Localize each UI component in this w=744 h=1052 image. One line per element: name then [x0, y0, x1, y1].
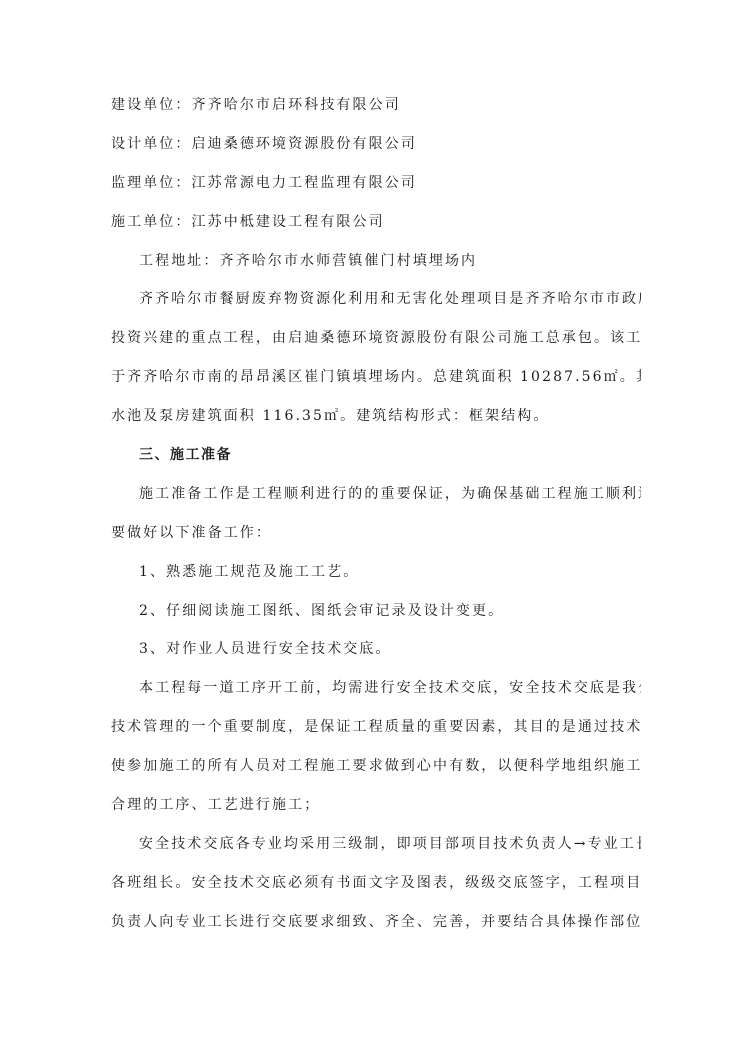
levels-line: 负责人向专业工长进行交底要求细致、齐全、完善，并要结合具体操作部位、关 — [111, 908, 641, 947]
separator: ： — [175, 136, 191, 152]
unit-label: 建设单位 — [111, 97, 175, 113]
unit-value: 江苏中柢建设工程有限公司 — [192, 214, 385, 230]
unit-value: 齐齐哈尔市启环科技有限公司 — [192, 97, 401, 113]
levels-line: 各班组长。安全技术交底必须有书面文字及图表，级级交底签字，工程项目技术 — [111, 869, 641, 908]
prep-item: 3、对作业人员进行安全技术交底。 — [111, 635, 641, 674]
unit-supervision: 监理单位：江苏常源电力工程监理有限公司 — [111, 169, 641, 208]
prep-item: 1、熟悉施工规范及施工工艺。 — [111, 558, 641, 597]
separator: ： — [175, 97, 191, 113]
overview-line: 投资兴建的重点工程，由启迪桑德环境资源股份有限公司施工总承包。该工程位 — [111, 324, 641, 363]
briefing-line: 使参加施工的所有人员对工程施工要求做到心中有数，以便科学地组织施工和按 — [111, 752, 641, 791]
unit-design: 设计单位：启迪桑德环境资源股份有限公司 — [111, 130, 641, 169]
address-line: 工程地址：齐齐哈尔市水师营镇催门村填埋场内 — [111, 247, 641, 286]
unit-construction: 建设单位：齐齐哈尔市启环科技有限公司 — [111, 91, 641, 130]
overview-line: 于齐齐哈尔市南的昂昂溪区崔门镇填埋场内。总建筑面积 10287.56㎡。其中消防 — [111, 363, 641, 402]
briefing-line: 本工程每一道工序开工前，均需进行安全技术交底，安全技术交底是我公司 — [111, 674, 641, 713]
unit-label: 施工单位 — [111, 214, 175, 230]
overview-line: 水池及泵房建筑面积 116.35㎡。建筑结构形式：框架结构。 — [111, 402, 641, 441]
prep-item: 2、仔细阅读施工图纸、图纸会审记录及设计变更。 — [111, 597, 641, 636]
overview-line: 齐齐哈尔市餐厨废弃物资源化利用和无害化处理项目是齐齐哈尔市市政府 — [111, 285, 641, 324]
separator: ： — [175, 214, 191, 230]
levels-line: 安全技术交底各专业均采用三级制，即项目部项目技术负责人→专业工长→ — [111, 830, 641, 869]
unit-value: 江苏常源电力工程监理有限公司 — [192, 175, 417, 191]
unit-value: 启迪桑德环境资源股份有限公司 — [192, 136, 417, 152]
document-page: 建设单位：齐齐哈尔市启环科技有限公司 设计单位：启迪桑德环境资源股份有限公司 监… — [111, 91, 641, 947]
briefing-line: 技术管理的一个重要制度，是保证工程质量的重要因素，其目的是通过技术交底 — [111, 713, 641, 752]
unit-label: 监理单位 — [111, 175, 175, 191]
briefing-line: 合理的工序、工艺进行施工； — [111, 791, 641, 830]
prep-intro-line: 施工准备工作是工程顺利进行的的重要保证，为确保基础工程施工顺利进行， — [111, 480, 641, 519]
section-heading: 三、施工准备 — [111, 441, 641, 480]
prep-intro-line: 要做好以下准备工作： — [111, 519, 641, 558]
unit-label: 设计单位 — [111, 136, 175, 152]
separator: ： — [175, 175, 191, 191]
unit-contractor: 施工单位：江苏中柢建设工程有限公司 — [111, 208, 641, 247]
